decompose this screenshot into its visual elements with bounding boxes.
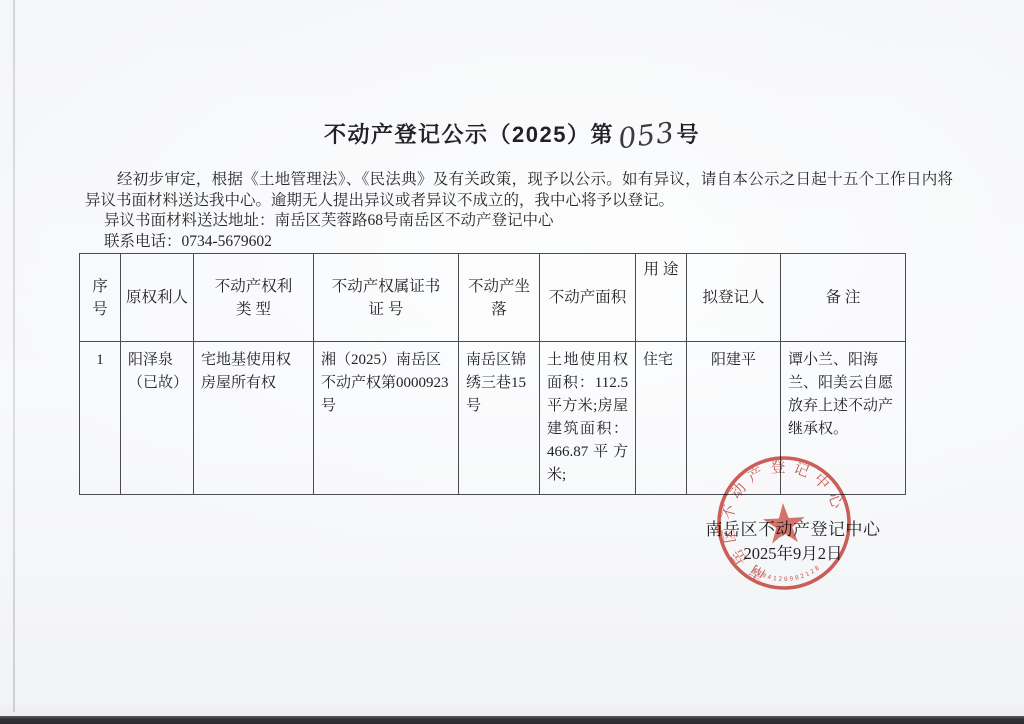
col-header-right-type: 不动产权利 类 型 [194,254,314,342]
col-header-applicant: 拟登记人 [687,254,781,342]
cell-location: 南岳区锦绣三巷15号 [459,342,540,495]
cell-usage: 住宅 [636,342,687,495]
page-title: 不动产登记公示（2025）第053号 [0,116,1024,149]
notice-paragraph: 经初步审定，根据《土地管理法》、《民法典》及有关政策，现予以公示。如有异议，请自… [85,170,953,211]
col-header-certificate-no: 不动产权属证书 证 号 [314,254,459,342]
col-header-usage: 用 途 [636,254,687,342]
star-icon [762,502,806,544]
notice-phone-line: 联系电话：0734-5679602 [85,232,953,253]
scanned-notice-document: 不动产登记公示（2025）第053号 经初步审定，根据《土地管理法》、《民法典》… [0,0,1024,724]
col-header-remarks: 备 注 [781,254,906,342]
official-seal-stamp: 南岳区不动产登记中心 4304120902128 [710,449,857,596]
table-header-row: 序 号 原权利人 不动产权利 类 型 不动产权属证书 证 号 不动产坐落 不动产… [80,254,906,342]
scan-bottom-edge [0,716,1024,724]
cell-former-holder: 阳泽泉 （已故） [121,342,194,495]
col-header-location: 不动产坐落 [459,254,540,342]
notice-body: 经初步审定，根据《土地管理法》、《民法典》及有关政策，现予以公示。如有异议，请自… [85,170,953,252]
cell-serial: 1 [80,342,121,495]
col-header-area: 不动产面积 [540,254,636,342]
title-suffix: 号 [676,122,700,147]
title-number-handwritten: 053 [617,116,677,156]
cell-certificate-no: 湘（2025）南岳区不动产权第0000923号 [314,342,459,495]
cell-right-type: 宅地基使用权 房屋所有权 [194,342,314,495]
cell-area: 土地使用权面积：112.5平方米;房屋建筑面积：466.87平方米; [540,342,636,495]
notice-address-line: 异议书面材料送达地址：南岳区芙蓉路68号南岳区不动产登记中心 [85,211,953,232]
scan-left-edge-line [13,0,15,712]
title-prefix: 不动产登记公示（2025）第 [324,122,614,147]
col-header-former-holder: 原权利人 [121,254,194,342]
col-header-serial: 序 号 [80,254,121,342]
